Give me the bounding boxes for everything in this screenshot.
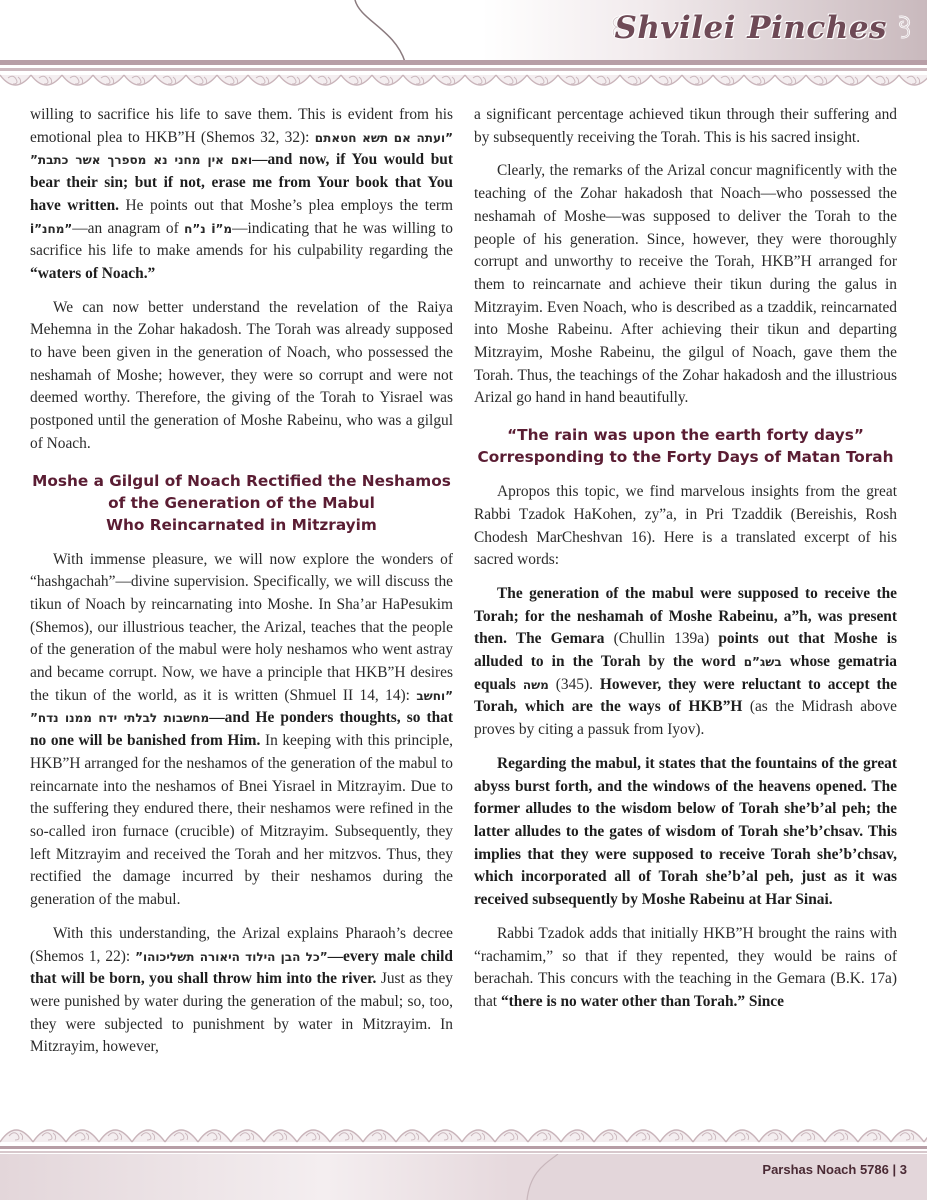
issue-name: Parshas Noach 5786 — [762, 1162, 888, 1177]
hebrew-term: בשג”ם — [744, 655, 782, 669]
section-heading: “The rain was upon the earth forty days”… — [474, 424, 897, 468]
paragraph: Rabbi Tzadok adds that initially HKB”H b… — [474, 923, 897, 1014]
paragraph: willing to sacrifice his life to save th… — [30, 104, 453, 286]
header-rule — [0, 60, 927, 65]
paragraph: We can now better understand the revelat… — [30, 297, 453, 456]
hebrew-term: משה — [523, 678, 549, 692]
paragraph: Clearly, the remarks of the Arizal concu… — [474, 160, 897, 410]
page-footer: Parshas Noach 5786 | 3 — [0, 1118, 927, 1200]
separator: | — [893, 1162, 897, 1177]
footer-rule — [0, 1151, 927, 1153]
page-header: Shvilei Pinches — [0, 0, 927, 100]
footer-rule — [0, 1146, 927, 1149]
page-number: 3 — [900, 1162, 907, 1177]
excerpt-paragraph: Regarding the mabul, it states that the … — [474, 753, 897, 912]
paragraph: Apropos this topic, we find marvelous in… — [474, 481, 897, 572]
swirl-ornament-icon — [893, 13, 915, 41]
footer-publication-info: Parshas Noach 5786 | 3 — [762, 1162, 907, 1177]
footer-curve-decoration — [0, 1154, 927, 1200]
paragraph: With this understanding, the Arizal expl… — [30, 923, 453, 1059]
right-column: a significant percentage achieved tikun … — [474, 104, 897, 1025]
paragraph: a significant percentage achieved tikun … — [474, 104, 897, 149]
hebrew-term: מ”i נ”ח — [184, 222, 232, 236]
ornamental-border — [0, 1120, 927, 1144]
publication-title: Shvilei Pinches — [615, 10, 888, 46]
excerpt-paragraph: The generation of the mabul were suppose… — [474, 583, 897, 742]
hebrew-term: ”מחנ”i — [30, 222, 72, 236]
ornamental-border — [0, 71, 927, 93]
paragraph: With immense pleasure, we will now explo… — [30, 549, 453, 912]
hebrew-quote: ”כל הבן הילוד היאורה תשליכוהו” — [135, 950, 327, 964]
left-column: willing to sacrifice his life to save th… — [30, 104, 453, 1070]
section-heading: Moshe a Gilgul of Noach Rectified the Ne… — [30, 470, 453, 536]
